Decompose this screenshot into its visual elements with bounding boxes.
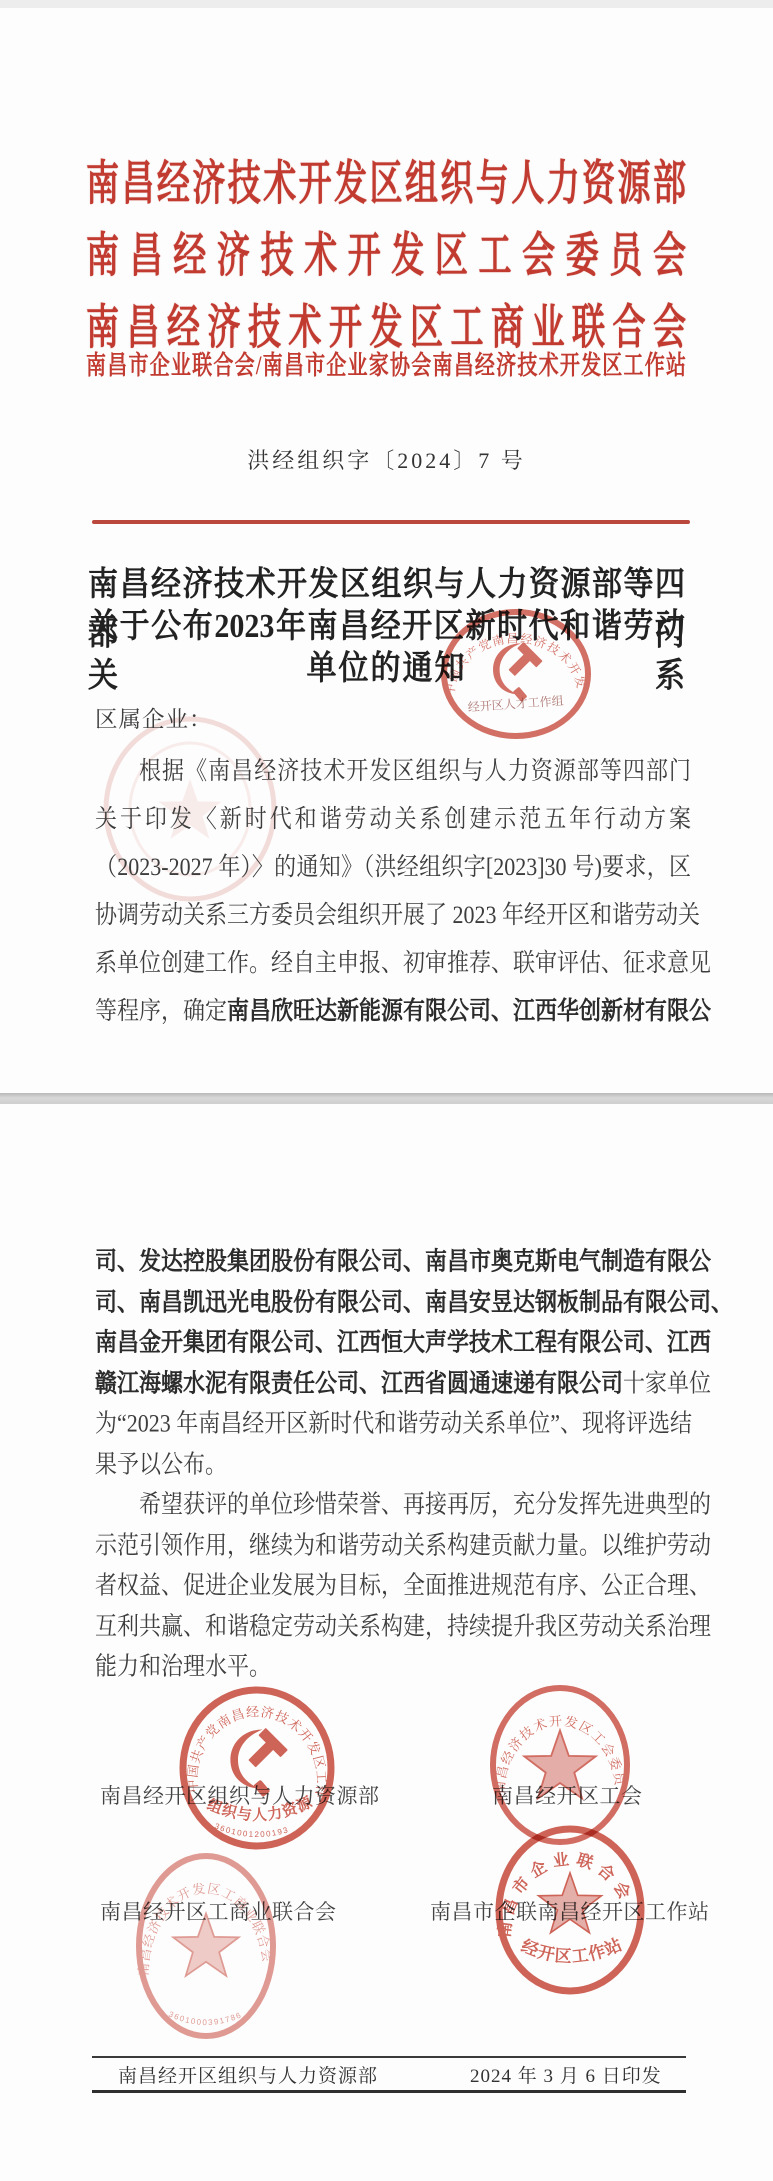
body-text-line: 关于印发〈新时代和谐劳动关系创建示范五年行动方案 — [95, 794, 691, 849]
red-divider-rule — [92, 520, 690, 524]
body-text-line: （2023-2027 年）〉的通知》（洪经组织字[2023]30 号)要求，区 — [95, 842, 691, 897]
title-line-3: 单位的通知 — [0, 640, 773, 689]
svg-text:3601000391786: 3601000391786 — [167, 2010, 243, 2027]
body-text-line: 南昌金开集团有限公司、江西恒大声学技术工程有限公司、江西 — [95, 1321, 691, 1367]
salutation: 区属企业： — [95, 702, 213, 734]
letterhead-subline: 南昌市企业联合会/南昌市企业家协会南昌经济技术开发区工作站 — [86, 344, 686, 382]
body-text-line: 协调劳动关系三方委员会组织开展了 2023 年经开区和谐劳动关 — [95, 890, 691, 945]
letterhead-line-2: 南昌经济技术开发区工会委员会 — [86, 218, 686, 291]
footer-issuer: 南昌经开区组织与人力资源部 — [118, 2061, 378, 2088]
footer-print-date: 2024 年 3 月 6 日印发 — [470, 2061, 662, 2088]
body-text-line: 赣江海螺水泥有限责任公司、江西省圆通速递有限公司十家单位 — [95, 1362, 691, 1408]
hammer-sickle-icon — [493, 642, 543, 702]
org-seal-arc-text: 中国共产党南昌经济技术开发区工作委员会 — [176, 1684, 329, 1800]
body-text-line: 司、南昌凯迅光电股份有限公司、南昌安昱达钢板制品有限公司、 — [95, 1281, 691, 1327]
fic-seal: 南昌经济技术开发区工商业联合会 3601000391786 — [132, 1848, 280, 2044]
body-text-line: 希望获评的单位珍惜荣誉、再接再厉，充分发挥先进典型的 — [95, 1483, 691, 1529]
body-text-line: 示范引领作用，继续为和谐劳动关系构建贡献力量。以维护劳动 — [95, 1524, 691, 1570]
page2-body-paragraph: 司、发达控股集团股份有限公司、南昌市奥克斯电气制造有限公司、南昌凯迅光电股份有限… — [95, 1240, 691, 1686]
letterhead-line-1: 南昌经济技术开发区组织与人力资源部 — [86, 146, 686, 219]
body-text-line: 者权益、促进企业发展为目标，全面推进规范有序、公正合理、 — [95, 1564, 691, 1610]
title-seal-arc-text: 中国共产党南昌经济技术开发区工作委员会 — [436, 604, 590, 696]
hammer-sickle-icon — [230, 1728, 288, 1798]
scanned-notice-document: 南昌经济技术开发区组织与人力资源部 南昌经济技术开发区工会委员会 南昌经济技术开… — [0, 0, 773, 2181]
star-icon — [173, 1914, 239, 1976]
page-separator-band — [0, 1093, 773, 1104]
body-text-line: 为“2023 年南昌经开区新时代和谐劳动关系单位”、现将评选结 — [95, 1402, 691, 1448]
body-text-line: 系单位创建工作。经自主申报、初审推荐、联审评估、征求意见 — [95, 938, 691, 993]
star-icon — [524, 1731, 595, 1799]
body-text-line: 果予以公布。 — [95, 1443, 691, 1489]
party-committee-seal-title: 中国共产党南昌经济技术开发区工作委员会 经开区人才工作组 — [436, 604, 596, 744]
document-number: 洪经组织字〔2024〕7 号 — [0, 444, 773, 475]
body-text-line: 司、发达控股集团股份有限公司、南昌市奥克斯电气制造有限公 — [95, 1240, 691, 1286]
ea-workstation-seal: 南昌市企业联合会 经开区工作站 — [492, 1822, 648, 2000]
body-text-line: 互利共赢、和谐稳定劳动关系构建，持续提升我区劳动关系治理 — [95, 1605, 691, 1651]
svg-text:经开区工作站: 经开区工作站 — [518, 1934, 625, 1967]
org-hr-dept-seal: 中国共产党南昌经济技术开发区工作委员会 组织与人力资源部 36010012001… — [176, 1684, 338, 1856]
ea-seal-inner-text: 经开区工作站 — [518, 1934, 625, 1967]
star-icon — [539, 1873, 602, 1933]
svg-text:中国共产党南昌经济技术开发区工作委员会: 中国共产党南昌经济技术开发区工作委员会 — [436, 604, 590, 696]
scan-top-edge — [0, 0, 773, 8]
footer-top-rule — [92, 2056, 686, 2058]
body-text-line: 等程序，确定南昌欣旺达新能源有限公司、江西华创新材有限公 — [95, 986, 691, 1041]
title-seal-overlay-text: 经开区人才工作组 — [467, 693, 564, 715]
body-text-line: 根据《南昌经济技术开发区组织与人力资源部等四部门 — [95, 746, 691, 801]
page1-body-paragraph: 根据《南昌经济技术开发区组织与人力资源部等四部门关于印发〈新时代和谐劳动关系创建… — [95, 746, 691, 1034]
svg-text:中国共产党南昌经济技术开发区工作委员会: 中国共产党南昌经济技术开发区工作委员会 — [176, 1684, 329, 1800]
fic-seal-code: 3601000391786 — [167, 2010, 243, 2027]
footer-bottom-rule — [92, 2090, 686, 2093]
